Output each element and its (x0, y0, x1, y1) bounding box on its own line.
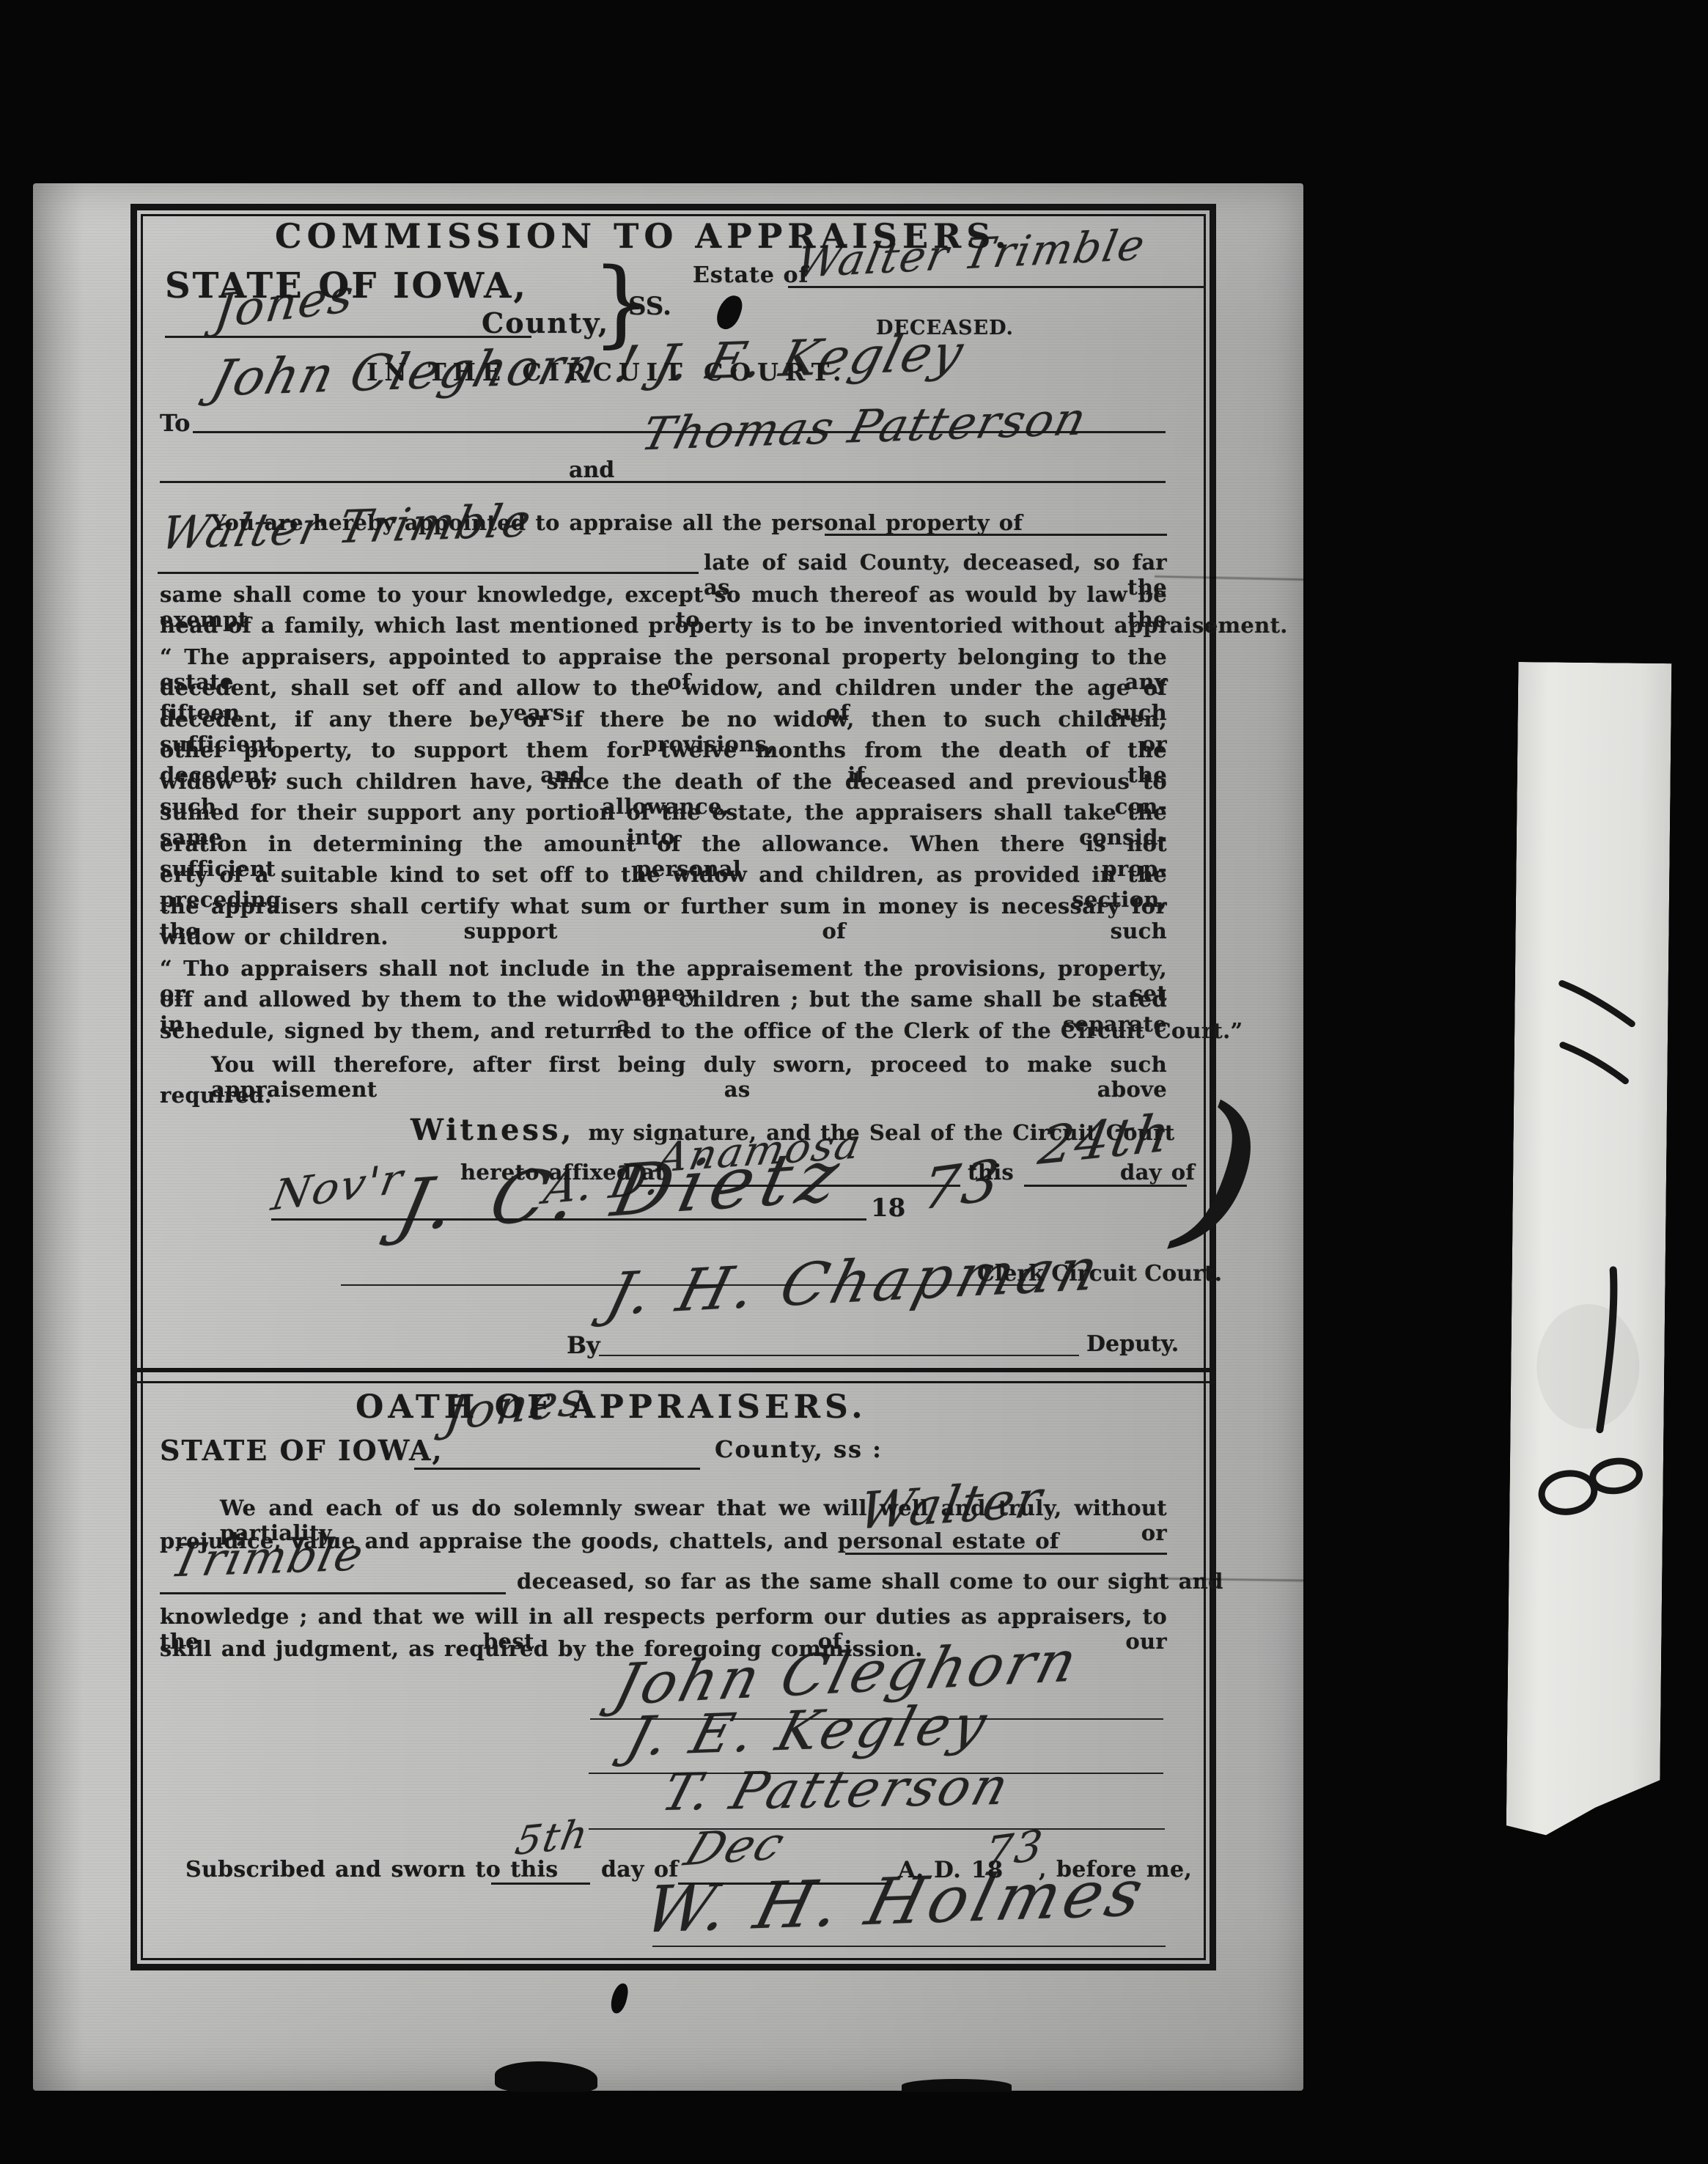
pen-flourish-paren: ) (1172, 1100, 1268, 1243)
section-separator-rule (130, 1368, 1216, 1383)
fill-in-rule-day (1024, 1185, 1187, 1187)
by-label: By (567, 1331, 600, 1359)
scanned-document-page: { "page": { "background": "#060606", "pa… (0, 0, 1708, 2164)
to-label: To (160, 409, 190, 437)
fill-in-rule-appointees-2 (160, 481, 1166, 483)
fill-in-rule-oath-estate-2 (160, 1592, 506, 1594)
signature-rule-3 (589, 1828, 1165, 1830)
handwriting-oath-estate-last: Trimble (166, 1527, 369, 1587)
ink-blot (609, 1981, 630, 2014)
oath-county-label: County, ss : (715, 1435, 883, 1463)
edge-damage-mark (902, 2079, 1012, 2092)
handwriting-year: 73 (919, 1147, 1004, 1223)
commission-body-line: schedule, signed by them, and returned t… (160, 1018, 1243, 1043)
commission-body-line: widow or children. (160, 924, 389, 949)
archival-side-slip (1506, 662, 1672, 1836)
fill-in-rule-property-of (825, 534, 1167, 536)
commission-body-line: required. (160, 1083, 272, 1108)
oath-state-label: STATE OF IOWA, (160, 1434, 443, 1467)
oath-line: deceased, so far as the same shall come … (517, 1569, 1223, 1594)
fill-in-rule-estate (788, 286, 1206, 288)
document-paper: COMMISSION TO APPRAISERS. STATE OF IOWA,… (33, 183, 1303, 2091)
ss-label: SS. (628, 292, 671, 321)
fill-in-rule-oath-estate (845, 1553, 1167, 1555)
year-printed: 18 (871, 1193, 905, 1223)
handwriting-sworn-day: 5th (512, 1811, 593, 1864)
witness-lead: Witness, (411, 1113, 574, 1147)
commission-body-line: You will therefore, after first being du… (211, 1052, 1167, 1102)
oath-heading: OATH OF APPRAISERS. (356, 1388, 867, 1426)
fill-in-rule-notary (652, 1946, 1166, 1947)
slip-smudge (1536, 1303, 1640, 1429)
deputy-label: Deputy. (1086, 1331, 1179, 1357)
edge-damage-mark (495, 2061, 597, 2092)
fill-in-rule-deputy (599, 1355, 1079, 1356)
county-label: County, (482, 306, 609, 339)
slip-mark-eleven (1561, 984, 1632, 1081)
fill-in-rule-sworn-day (491, 1883, 590, 1885)
fill-in-rule-oath-county (414, 1468, 700, 1470)
subscribed-label: Subscribed and sworn to this (185, 1857, 558, 1883)
slip-pen-marks (1506, 662, 1672, 1836)
fill-in-rule-county (165, 336, 531, 338)
fill-in-rule-decedent (158, 572, 699, 574)
commission-body-line: head of a family, which last mentioned p… (160, 613, 1288, 638)
slip-mark-eight (1539, 1458, 1643, 1515)
handwriting-signature-3: T. Patterson (655, 1756, 1018, 1822)
estate-of-label: Estate of (693, 262, 809, 288)
and-label: and (569, 457, 614, 483)
